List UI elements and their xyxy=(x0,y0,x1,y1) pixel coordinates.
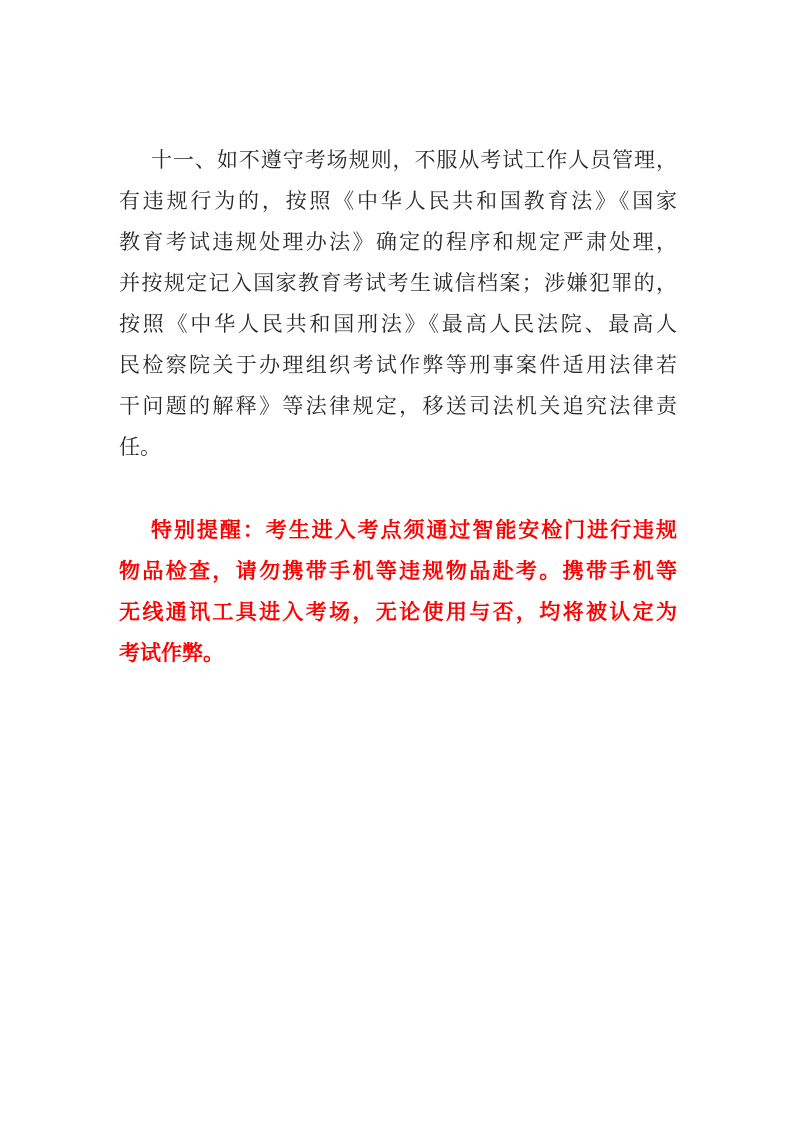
text-line: 民检察院关于办理组织考试作弊等刑事案件适用法律若 xyxy=(119,345,677,386)
text-line: 无线通讯工具进入考场，无论使用与否，均将被认定为 xyxy=(119,592,677,633)
text-line: 并按规定记入国家教育考试考生诚信档案；涉嫌犯罪的， xyxy=(119,263,677,304)
text-line: 按照《中华人民共和国刑法》《最高人民法院、最高人 xyxy=(119,304,677,345)
text-line: 干问题的解释》等法律规定，移送司法机关追究法律责 xyxy=(119,386,677,427)
document-page: 十一、如不遵守考场规则，不服从考试工作人员管理， 有违规行为的，按照《中华人民共… xyxy=(0,0,793,1122)
text-line: 十一、如不遵守考场规则，不服从考试工作人员管理， xyxy=(119,140,677,181)
text-line: 考试作弊。 xyxy=(119,633,677,674)
text-line: 物品检查，请勿携带手机等违规物品赴考。携带手机等 xyxy=(119,551,677,592)
text-line: 有违规行为的，按照《中华人民共和国教育法》《国家 xyxy=(119,181,677,222)
text-line: 任。 xyxy=(119,427,677,468)
special-notice-paragraph: 特别提醒：考生进入考点须通过智能安检门进行违规 物品检查，请勿携带手机等违规物品… xyxy=(119,510,677,674)
text-line: 教育考试违规处理办法》确定的程序和规定严肃处理， xyxy=(119,222,677,263)
text-line: 特别提醒：考生进入考点须通过智能安检门进行违规 xyxy=(119,510,677,551)
rules-paragraph: 十一、如不遵守考场规则，不服从考试工作人员管理， 有违规行为的，按照《中华人民共… xyxy=(119,140,677,468)
